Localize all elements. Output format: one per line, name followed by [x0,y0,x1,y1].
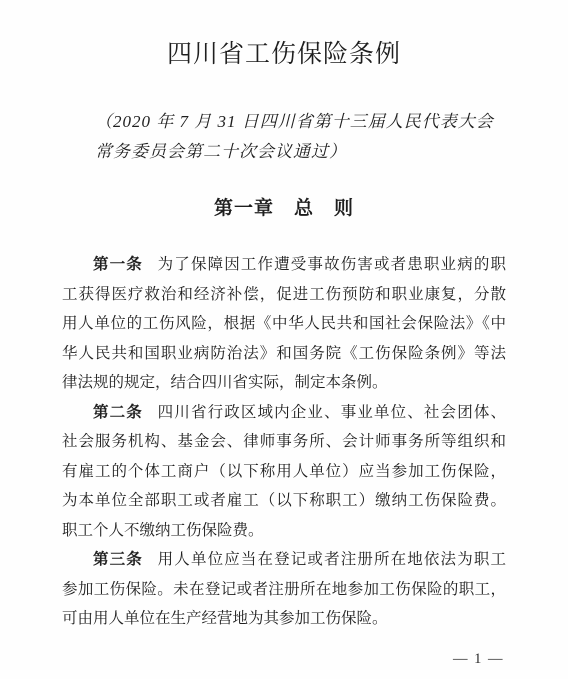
article-text: 用人单位应当在登记或者注册所在地依法为职工 [158,551,506,568]
page-title: 四川省工伤保险条例 [0,0,568,70]
article-line: 为本单位全部职工或者雇工（以下称职工）缴纳工伤保险费。 [62,486,506,516]
article-line: 有雇工的个体工商户（以下称用人单位）应当参加工伤保险， [62,457,506,487]
article-1: 第一条为了保障因工作遭受事故伤害或者患职业病的职 工获得医疗救治和经济补偿，促进… [62,250,506,398]
article-line: 华人民共和国职业病防治法》和国务院《工伤保险条例》等法 [62,339,506,369]
enactment-note: （2020 年 7 月 31 日四川省第十三届人民代表大会 常务委员会第二十次会… [95,107,508,167]
enactment-note-line-1: （2020 年 7 月 31 日四川省第十三届人民代表大会 [95,107,508,137]
article-line: 可由用人单位在生产经营地为其参加工伤保险。 [62,604,506,634]
article-line: 工获得医疗救治和经济补偿，促进工伤预防和职业康复，分散 [62,280,506,310]
article-line: 第一条为了保障因工作遭受事故伤害或者患职业病的职 [62,250,506,280]
article-line: 职工个人不缴纳工伤保险费。 [62,516,506,546]
article-2: 第二条四川省行政区域内企业、事业单位、社会团体、 社会服务机构、基金会、律师事务… [62,398,506,546]
article-line: 律法规的规定，结合四川省实际，制定本条例。 [62,368,506,398]
page-number: — 1 — [453,651,504,668]
enactment-note-line-2: 常务委员会第二十次会议通过） [95,137,508,167]
article-3: 第三条用人单位应当在登记或者注册所在地依法为职工 参加工伤保险。未在登记或者注册… [62,545,506,634]
article-line: 第三条用人单位应当在登记或者注册所在地依法为职工 [62,545,506,575]
document-page: 四川省工伤保险条例 （2020 年 7 月 31 日四川省第十三届人民代表大会 … [0,0,568,679]
article-line: 参加工伤保险。未在登记或者注册所在地参加工伤保险的职工， [62,575,506,605]
article-label: 第一条 [93,256,143,273]
document-body: 第一条为了保障因工作遭受事故伤害或者患职业病的职 工获得医疗救治和经济补偿，促进… [0,250,568,634]
article-line: 社会服务机构、基金会、律师事务所、会计师事务所等组织和 [62,427,506,457]
article-text: 为了保障因工作遭受事故伤害或者患职业病的职 [158,256,506,273]
article-line: 用人单位的工伤风险，根据《中华人民共和国社会保险法》《中 [62,309,506,339]
article-line: 第二条四川省行政区域内企业、事业单位、社会团体、 [62,398,506,428]
article-label: 第二条 [93,404,143,421]
chapter-heading: 第一章 总 则 [0,193,568,220]
article-text: 四川省行政区域内企业、事业单位、社会团体、 [158,404,506,421]
article-label: 第三条 [93,551,143,568]
